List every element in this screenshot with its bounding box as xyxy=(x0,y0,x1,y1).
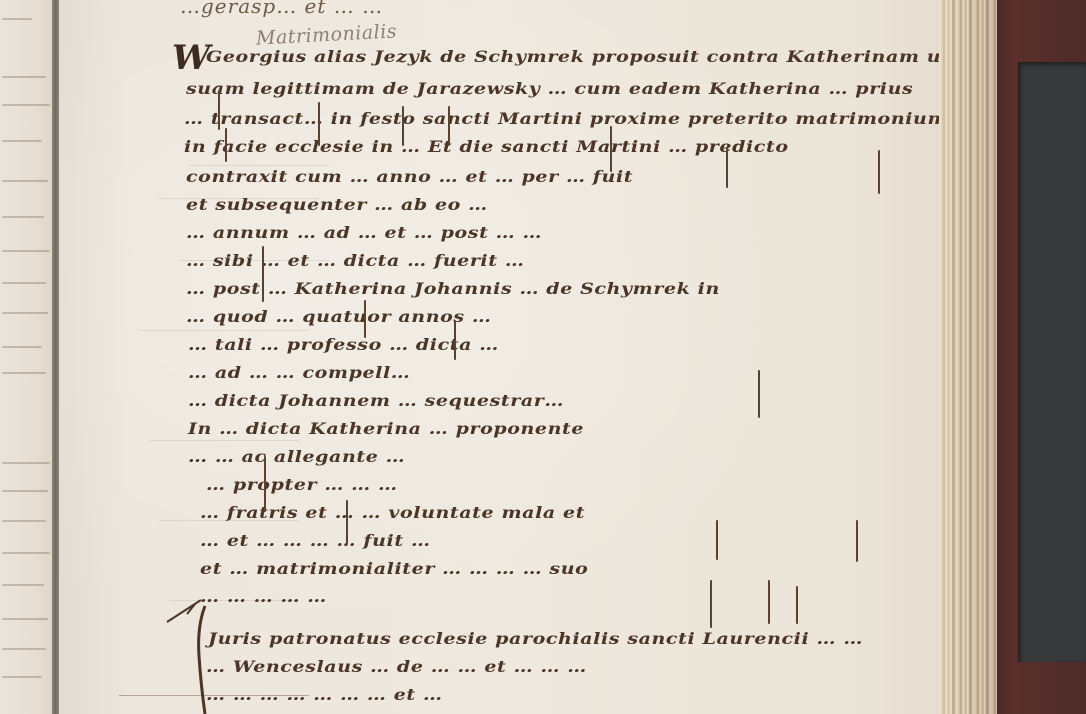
text-line: … dicta Johannem … sequestrar… xyxy=(188,392,564,410)
ink-descender xyxy=(796,586,798,624)
cover-inner-panel xyxy=(1018,62,1086,662)
bleed-text xyxy=(2,282,46,284)
text-line: suam legittimam de Jarazewsky … cum eade… xyxy=(186,80,913,98)
bleed-text xyxy=(2,76,46,78)
bleed-text xyxy=(2,648,46,650)
text-line: In … dicta Katherina … proponente xyxy=(188,420,584,438)
bleed-text xyxy=(2,250,50,252)
ink-descender xyxy=(218,90,220,130)
ink-descender xyxy=(364,300,366,338)
previous-page-strip xyxy=(0,0,54,714)
book-gutter xyxy=(52,0,59,714)
text-line: … post … Katherina Johannis … de Schymre… xyxy=(186,280,720,298)
text-line: et subsequenter … ab eo … xyxy=(186,196,488,214)
text-line: … … ac allegante … xyxy=(188,448,405,466)
ink-descender xyxy=(716,520,718,560)
bleed-text xyxy=(2,216,44,218)
ink-descender xyxy=(225,128,227,162)
ink-descender xyxy=(454,320,456,360)
text-line: … quod … quatuor annos … xyxy=(186,308,492,326)
bleed-text xyxy=(2,462,50,464)
ink-descender xyxy=(318,102,320,146)
text-line: … annum … ad … et … post … … xyxy=(186,224,542,242)
text-line: contraxit cum … anno … et … per … fuit xyxy=(186,168,633,186)
ink-descender xyxy=(726,148,728,188)
text-line: … ad … … compell… xyxy=(188,364,410,382)
bleed-text xyxy=(2,676,42,678)
ink-descender xyxy=(402,106,404,146)
previous-entry-fragment: …gerasp… et … … xyxy=(180,0,383,18)
bleed-text xyxy=(2,520,46,522)
text-line: … tali … professo … dicta … xyxy=(188,336,499,354)
ink-descender xyxy=(768,580,770,624)
text-line: … … … … … xyxy=(200,588,327,606)
page-edges-shade xyxy=(939,0,997,714)
text-line: … sibi … et … dicta … fuerit … xyxy=(186,252,524,270)
bleed-text xyxy=(2,584,44,586)
ink-descender xyxy=(610,126,612,172)
text-line: Georgius alias Jezyk de Schymrek proposu… xyxy=(206,48,1010,66)
bleed-text xyxy=(2,18,32,20)
bleed-text xyxy=(2,490,48,492)
text-line: … et … … … … fuit … xyxy=(200,532,431,550)
bleed-text xyxy=(2,346,42,348)
bleed-through xyxy=(139,330,309,331)
text-line: et … matrimonialiter … … … … suo xyxy=(200,560,588,578)
text-line: Juris patronatus ecclesie parochialis sa… xyxy=(208,630,863,648)
bleed-text xyxy=(2,552,50,554)
text-line: … Wenceslaus … de … … et … … … xyxy=(206,658,587,676)
bleed-text xyxy=(2,372,46,374)
text-line: … … … … … … … et … xyxy=(206,686,443,704)
bleed-through xyxy=(189,165,329,166)
ink-descender xyxy=(856,520,858,562)
manuscript-photo: …gerasp… et … … Matrimonialis W Georgius… xyxy=(0,0,1086,714)
bleed-text xyxy=(2,140,42,142)
text-line: … transact… in festo sancti Martini prox… xyxy=(184,110,948,128)
bleed-text xyxy=(2,312,48,314)
bleed-text xyxy=(2,104,50,106)
ink-descender xyxy=(262,246,264,302)
bleed-through xyxy=(149,440,299,441)
ink-descender xyxy=(758,370,760,418)
ink-descender xyxy=(264,456,266,512)
text-line: in facie ecclesie in … Et die sancti Mar… xyxy=(184,138,789,156)
ink-descender xyxy=(710,580,712,628)
bleed-text xyxy=(2,180,48,182)
ink-descender xyxy=(448,106,450,146)
decorated-initial: W xyxy=(172,38,210,78)
text-line: … propter … … … xyxy=(206,476,398,494)
text-line: … fratris et … … voluntate mala et xyxy=(200,504,585,522)
ink-descender xyxy=(878,150,880,194)
ink-descender xyxy=(346,500,348,544)
bleed-text xyxy=(2,618,48,620)
